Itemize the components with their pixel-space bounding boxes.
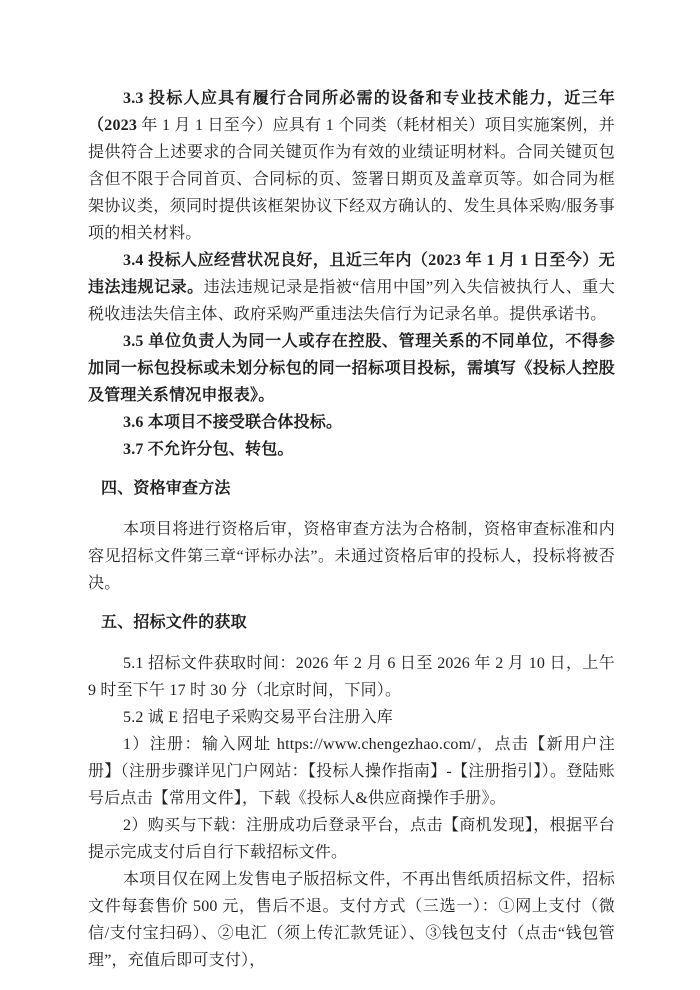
document-page: 3.3 投标人应具有履行合同所必需的设备和专业技术能力，近三年（2023 年 1… [0, 0, 700, 990]
text-run: 本项目将进行资格后审，资格审查方法为合格制，资格审查标准和内容见招标文件第三章“… [88, 521, 615, 592]
text-run: 四、资格审查方法 [101, 480, 231, 497]
clause-5-2-step-2: 2）购买与下载：注册成功后登录平台，点击【商机发现】，根据平台提示完成支付后自行… [88, 812, 615, 866]
clause-3-3: 3.3 投标人应具有履行合同所必需的设备和专业技术能力，近三年（2023 年 1… [88, 85, 615, 247]
section-4-heading: 四、资格审查方法 [88, 475, 615, 502]
clause-3-4: 3.4 投标人应经营状况良好，且近三年内（2023 年 1 月 1 日至今）无违… [88, 247, 615, 328]
document-body: 3.3 投标人应具有履行合同所必需的设备和专业技术能力，近三年（2023 年 1… [88, 85, 615, 974]
clause-3-5: 3.5 单位负责人为同一人或存在控股、管理关系的不同单位，不得参加同一标包投标或… [88, 328, 615, 409]
text-run: 年 1 月 1 日至今）应具有 1 个同类（耗材相关）项目实施案例，并提供符合上… [88, 117, 615, 242]
section-5-heading: 五、招标文件的获取 [88, 609, 615, 636]
section-4-body: 本项目将进行资格后审，资格审查方法为合格制，资格审查标准和内容见招标文件第三章“… [88, 516, 615, 597]
clause-5-1: 5.1 招标文件获取时间：2026 年 2 月 6 日至 2026 年 2 月 … [88, 650, 615, 704]
clause-3-6: 3.6 本项目不接受联合体投标。 [88, 409, 615, 436]
text-run: 3.6 本项目不接受联合体投标。 [123, 414, 342, 431]
text-run: 五、招标文件的获取 [101, 614, 247, 631]
text-run: 5.1 招标文件获取时间：2026 年 2 月 6 日至 2026 年 2 月 … [88, 655, 615, 699]
text-run: 1）注册：输入网址 https://www.chengezhao.com/，点击… [88, 736, 615, 807]
text-run: 本项目仅在网上发售电子版招标文件，不再出售纸质招标文件，招标文件每套售价 500… [88, 871, 615, 969]
clause-5-2: 5.2 诚 E 招电子采购交易平台注册入库 [88, 704, 615, 731]
text-run: 2）购买与下载：注册成功后登录平台，点击【商机发现】，根据平台提示完成支付后自行… [88, 817, 615, 861]
text-run: 5.2 诚 E 招电子采购交易平台注册入库 [123, 709, 393, 726]
document-sale-note: 本项目仅在网上发售电子版招标文件，不再出售纸质招标文件，招标文件每套售价 500… [88, 866, 615, 974]
text-run: 3.5 单位负责人为同一人或存在控股、管理关系的不同单位，不得参加同一标包投标或… [88, 333, 615, 404]
text-run: 3.7 不允许分包、转包。 [123, 441, 294, 458]
clause-3-7: 3.7 不允许分包、转包。 [88, 436, 615, 463]
clause-5-2-step-1: 1）注册：输入网址 https://www.chengezhao.com/，点击… [88, 731, 615, 812]
